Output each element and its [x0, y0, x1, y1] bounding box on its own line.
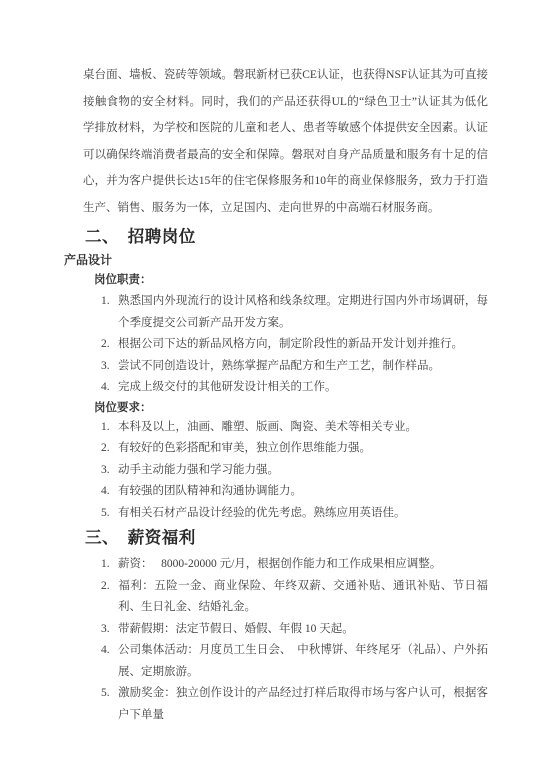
- item-number: 5.: [101, 683, 118, 705]
- item-number: 4.: [101, 377, 118, 399]
- item-text: 福利：五险一金、商业保险、年终双薪、交通补贴、通讯补贴、节日福利、生日礼金、结婚…: [118, 580, 488, 614]
- list-item: 1.熟悉国内外现流行的设计风格和线条纹理。定期进行国内外市场调研，每个季度提交公…: [101, 291, 488, 334]
- salary-list: 1.薪资： 8000-20000 元/月，根据创作能力和工作成果相应调整。 2.…: [101, 554, 488, 726]
- item-text: 动手主动能力强和学习能力强。: [118, 464, 279, 476]
- item-text: 有较强的团队精神和沟通协调能力。: [118, 485, 302, 497]
- list-item: 5.激励奖金：独立创作设计的产品经过打样后取得市场与客户认可，根据客户下单量: [101, 683, 488, 726]
- item-text: 有相关石材产品设计经验的优先考虑。熟练应用英语佳。: [118, 507, 406, 519]
- item-text: 根据公司下达的新品风格方向，制定阶段性的新品开发计划并推行。: [118, 338, 463, 350]
- list-item: 4.公司集体活动：月度员工生日会、 中秋博饼、年终尾牙（礼品）、户外拓展、定期旅…: [101, 640, 488, 683]
- item-text: 完成上级交付的其他研发设计相关的工作。: [118, 381, 337, 393]
- requirements-label: 岗位要求：: [94, 399, 543, 417]
- item-text: 尝试不同创造设计，熟练掌握产品配方和生产工艺，制作样品。: [118, 360, 440, 372]
- item-number: 3.: [101, 619, 118, 641]
- item-text: 有较好的色彩搭配和审美，独立创作思维能力强。: [118, 442, 371, 454]
- item-number: 2.: [101, 334, 118, 356]
- list-item: 2.根据公司下达的新品风格方向，制定阶段性的新品开发计划并推行。: [101, 334, 488, 356]
- intro-paragraph: 桌台面、墙板、瓷砖等领域。磐珉新材已获CE认证，也获得NSF认证其为可直接接触食…: [83, 62, 488, 221]
- item-number: 1.: [101, 554, 118, 576]
- item-text: 本科及以上，油画、雕塑、版画、陶瓷、美术等相关专业。: [118, 421, 417, 433]
- item-number: 5.: [101, 503, 118, 525]
- item-text: 公司集体活动：月度员工生日会、 中秋博饼、年终尾牙（礼品）、户外拓展、定期旅游。: [118, 644, 488, 678]
- item-text: 带薪假期：法定节假日、婚假、年假 10 天起。: [118, 623, 354, 635]
- duties-list: 1.熟悉国内外现流行的设计风格和线条纹理。定期进行国内外市场调研，每个季度提交公…: [101, 291, 488, 399]
- item-number: 4.: [101, 481, 118, 503]
- list-item: 1.薪资： 8000-20000 元/月，根据创作能力和工作成果相应调整。: [101, 554, 488, 576]
- section-heading-recruitment: 二、 招聘岗位: [85, 225, 543, 249]
- item-text: 熟悉国内外现流行的设计风格和线条纹理。定期进行国内外市场调研，每个季度提交公司新…: [118, 295, 488, 329]
- item-text: 激励奖金：独立创作设计的产品经过打样后取得市场与客户认可，根据客户下单量: [118, 687, 488, 721]
- list-item: 3.带薪假期：法定节假日、婚假、年假 10 天起。: [101, 619, 488, 641]
- document-page: 桌台面、墙板、瓷砖等领域。磐珉新材已获CE认证，也获得NSF认证其为可直接接触食…: [0, 0, 543, 768]
- item-number: 3.: [101, 460, 118, 482]
- list-item: 3.尝试不同创造设计，熟练掌握产品配方和生产工艺，制作样品。: [101, 356, 488, 378]
- duties-label: 岗位职责：: [94, 271, 543, 289]
- section-heading-salary: 三、 薪资福利: [85, 526, 543, 550]
- item-number: 1.: [101, 417, 118, 439]
- item-number: 1.: [101, 291, 118, 313]
- list-item: 1.本科及以上，油画、雕塑、版画、陶瓷、美术等相关专业。: [101, 417, 488, 439]
- list-item: 2.有较好的色彩搭配和审美，独立创作思维能力强。: [101, 438, 488, 460]
- item-number: 2.: [101, 576, 118, 598]
- list-item: 4.完成上级交付的其他研发设计相关的工作。: [101, 377, 488, 399]
- item-text: 薪资： 8000-20000 元/月，根据创作能力和工作成果相应调整。: [118, 558, 441, 570]
- position-title: 产品设计: [64, 251, 543, 269]
- list-item: 3.动手主动能力强和学习能力强。: [101, 460, 488, 482]
- list-item: 2.福利：五险一金、商业保险、年终双薪、交通补贴、通讯补贴、节日福利、生日礼金、…: [101, 576, 488, 619]
- item-number: 4.: [101, 640, 118, 662]
- item-number: 3.: [101, 356, 118, 378]
- requirements-list: 1.本科及以上，油画、雕塑、版画、陶瓷、美术等相关专业。 2.有较好的色彩搭配和…: [101, 417, 488, 525]
- list-item: 4.有较强的团队精神和沟通协调能力。: [101, 481, 488, 503]
- item-number: 2.: [101, 438, 118, 460]
- list-item: 5.有相关石材产品设计经验的优先考虑。熟练应用英语佳。: [101, 503, 488, 525]
